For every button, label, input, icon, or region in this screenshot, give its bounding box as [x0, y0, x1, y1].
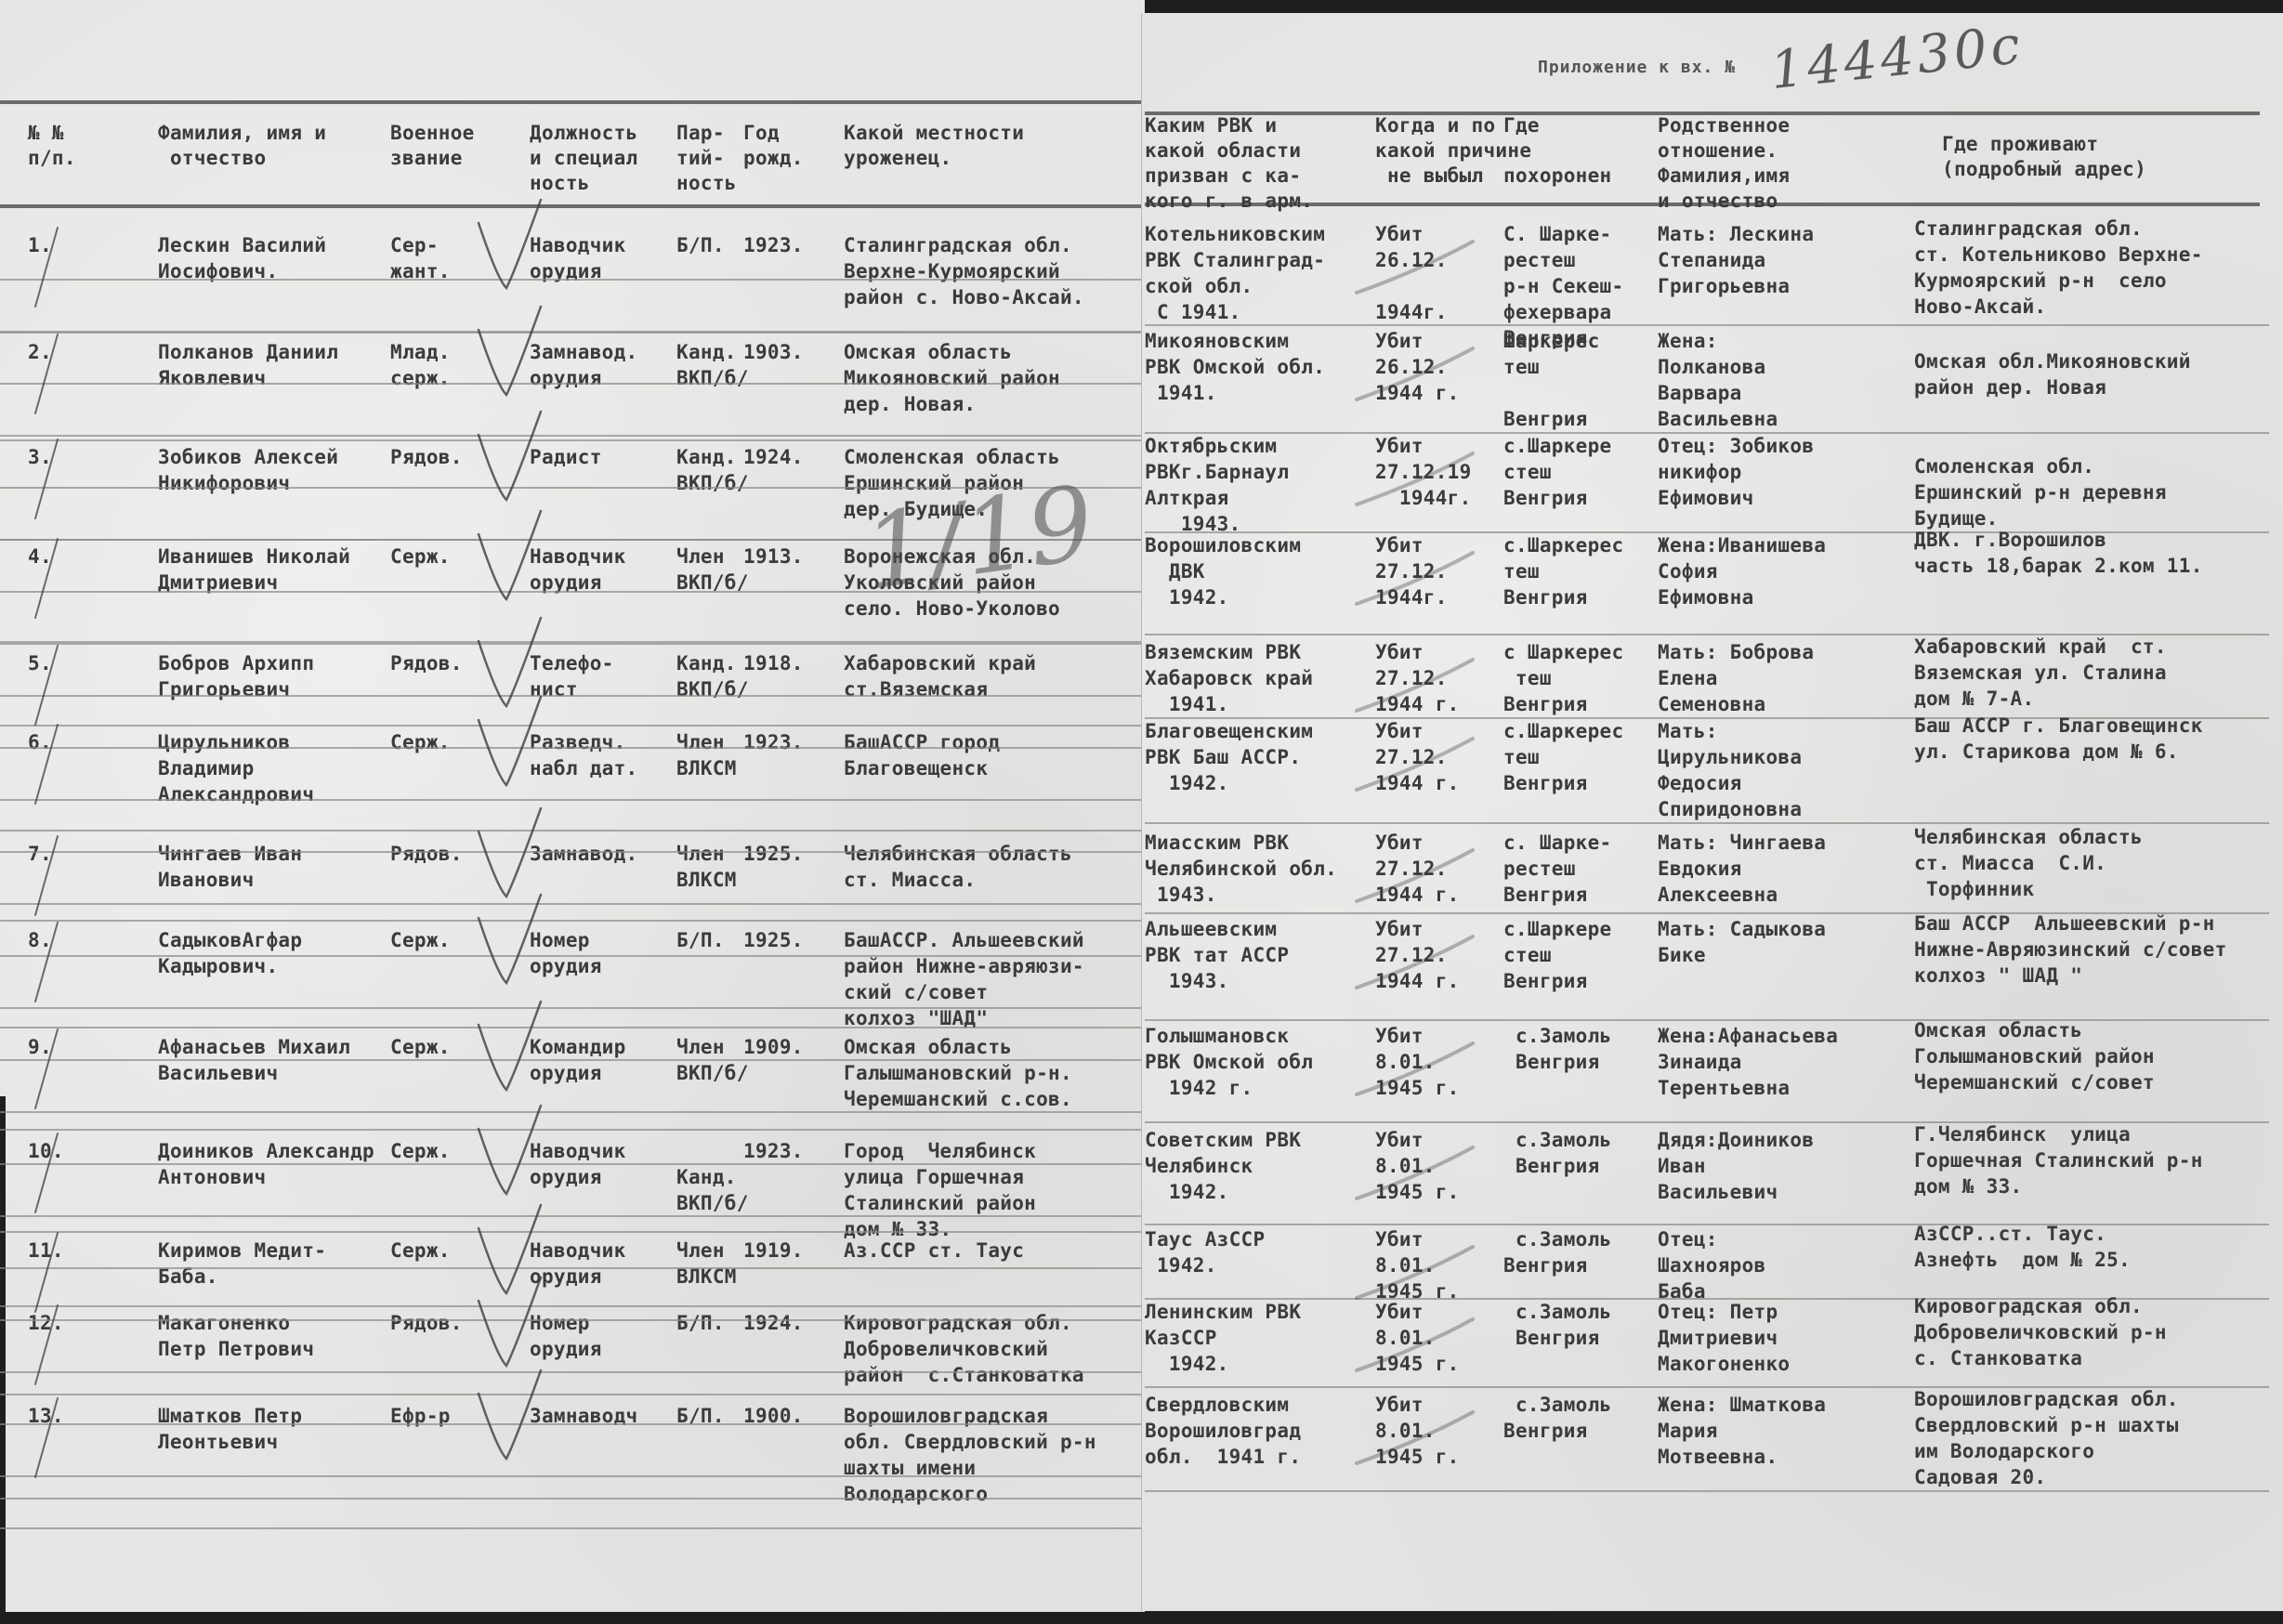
cell-party: Член ВЛКСМ — [676, 841, 737, 893]
cell-when: Убит 8.01. 1945 г. — [1375, 1392, 1460, 1470]
cell-when: Убит 27.12. 1944г. — [1375, 532, 1448, 610]
cell-position: Наводчик орудия — [530, 1238, 626, 1290]
cell-when: Убит 27.12. 1944 г. — [1375, 718, 1460, 796]
cell-address: Г.Челябинск улица Горшечная Сталинский р… — [1914, 1121, 2203, 1199]
cell-birthplace: Омская область Галышмановский р-н. Черем… — [844, 1034, 1072, 1112]
column-header: Год рожд. — [743, 121, 804, 171]
cell-rank: Рядов. — [390, 841, 463, 867]
row-number: 10. — [28, 1138, 64, 1164]
cell-year: 1924. — [743, 444, 804, 470]
cell-rank: Серж. — [390, 1034, 451, 1060]
cell-address: Челябинская область ст. Миасса С.И. Торф… — [1914, 824, 2143, 902]
table-rule — [0, 1371, 1141, 1373]
row-number: 5. — [28, 650, 52, 676]
table-rule — [0, 1498, 1141, 1500]
cell-birthplace: Сталинградская обл. Верхне-Курмоярский р… — [844, 232, 1084, 310]
cell-relative: Мать: Чингаева Евдокия Алексеевна — [1658, 830, 1826, 908]
cell-rvk: Таус АзССР 1942. — [1145, 1226, 1265, 1278]
cell-rank: Серж. — [390, 927, 451, 953]
cell-birthplace: Челябинская область ст. Миасса. — [844, 841, 1072, 893]
table-rule — [0, 1059, 1141, 1061]
cell-buried: Шаркерес теш Венгрия — [1503, 328, 1600, 432]
cell-position: Номер орудия — [530, 927, 602, 979]
cell-birthplace: Ворошиловградская обл. Свердловский р-н … — [844, 1403, 1096, 1507]
cell-rank: Рядов. — [390, 1310, 463, 1336]
column-header: Военное звание — [390, 121, 475, 171]
column-header: Где проживают (подробный адрес) — [1942, 132, 2146, 182]
registration-stamp: Приложение к вх. № — [1538, 58, 1736, 77]
cell-buried: с.Замоль Венгрия — [1503, 1023, 1612, 1075]
cell-position: Замнавод. — [530, 841, 638, 867]
row-number: 2. — [28, 339, 52, 365]
cell-buried: с.Замоль Венгрия — [1503, 1299, 1612, 1351]
cell-party: Член ВЛКСМ — [676, 1238, 737, 1290]
row-number: 3. — [28, 444, 52, 470]
table-rule — [0, 1007, 1141, 1009]
cell-party: Б/П. — [676, 232, 725, 258]
cell-party: Член ВКП/б/ — [676, 544, 749, 596]
cell-party: Канд. ВКП/б/ — [676, 1138, 749, 1216]
cell-year: 1925. — [743, 927, 804, 953]
column-header: № № п/п. — [28, 121, 76, 171]
cell-rvk: Миасским РВК Челябинской обл. 1943. — [1145, 830, 1337, 908]
cell-when: Убит 27.12. 1944 г. — [1375, 830, 1460, 908]
cell-relative: Мать: Садыкова Бике — [1658, 916, 1826, 968]
cell-year: 1918. — [743, 650, 804, 676]
cell-relative: Мать: Лескина Степанида Григорьевна — [1658, 221, 1814, 299]
cell-buried: с.Шаркерес теш Венгрия — [1503, 718, 1623, 796]
cell-year: 1923. — [743, 232, 804, 258]
cell-birthplace: Кировоградская обл. Добровеличковский ра… — [844, 1310, 1084, 1388]
cell-relative: Жена: Шматкова Мария Мотвеевна. — [1658, 1392, 1826, 1470]
row-number: 4. — [28, 544, 52, 570]
cell-position: Наводчик орудия — [530, 544, 626, 596]
cell-party: Б/П. — [676, 1310, 725, 1336]
table-rule — [0, 383, 1141, 385]
cell-position: Номер орудия — [530, 1310, 602, 1362]
cell-address: Омская обл.Микояновский район дер. Новая — [1914, 322, 2191, 400]
cell-when: Убит 8.01. 1945 г. — [1375, 1226, 1460, 1304]
cell-buried: с.Шаркере стеш Венгрия — [1503, 433, 1612, 511]
scan-border-left — [0, 1096, 6, 1624]
table-rule — [0, 439, 1141, 441]
cell-buried: с.Шаркере стеш Венгрия — [1503, 916, 1612, 994]
cell-when: Убит 8.01. 1945 г. — [1375, 1127, 1460, 1205]
cell-relative: Отец: Петр Дмитриевич Макогоненко — [1658, 1299, 1790, 1377]
table-rule — [0, 1319, 1141, 1321]
cell-buried: с.Замоль Венгрия — [1503, 1226, 1612, 1278]
cell-when: Убит 8.01. 1945 г. — [1375, 1023, 1460, 1101]
scan-border-top — [1141, 0, 2283, 13]
column-header: Должность и специал ность — [530, 121, 638, 196]
cell-relative: Жена:Иванишева София Ефимовна — [1658, 532, 1826, 610]
cell-address: Омская область Голышмановский район Чере… — [1914, 1017, 2155, 1095]
table-rule — [0, 1129, 1141, 1131]
table-rule — [0, 747, 1141, 749]
cell-when: Убит 8.01. 1945 г. — [1375, 1299, 1460, 1377]
cell-rank: Серж. — [390, 544, 451, 570]
cell-year: 1903. — [743, 339, 804, 365]
column-header: Где похоронен — [1503, 113, 1612, 189]
cell-buried: с. Шарке- рестеш Венгрия — [1503, 830, 1612, 908]
table-rule — [0, 851, 1141, 853]
cell-birthplace: БашАССР город Благовещенск — [844, 729, 1000, 781]
cell-birthplace: Омская область Микояновский район дер. Н… — [844, 339, 1060, 417]
table-rule — [0, 435, 1141, 437]
cell-relative: Отец: Шахнояров Баба — [1658, 1226, 1766, 1304]
cell-when: Убит 26.12. 1944г. — [1375, 221, 1448, 325]
cell-rvk: Микояновским РВК Омской обл. 1941. — [1145, 328, 1325, 406]
table-rule — [0, 830, 1141, 832]
column-header: Пар- тий- ность — [676, 121, 737, 196]
table-rule — [0, 1027, 1141, 1028]
table-rule — [0, 1305, 1141, 1307]
table-rule — [0, 643, 1141, 645]
cell-birthplace: Город Челябинск улица Горшечная Сталинск… — [844, 1138, 1036, 1242]
row-number: 9. — [28, 1034, 52, 1060]
cell-birthplace: БашАССР. Альшеевский район Нижне-авряюзи… — [844, 927, 1084, 1031]
cell-rvk: Голышмановск РВК Омской обл 1942 г. — [1145, 1023, 1313, 1101]
cell-name: Лескин Василий Иосифович. — [158, 232, 326, 284]
cell-rank: Серж. — [390, 1238, 451, 1264]
table-rule — [0, 204, 1141, 208]
row-number: 8. — [28, 927, 52, 953]
cell-party: Б/П. — [676, 927, 725, 953]
row-number: 6. — [28, 729, 52, 755]
cell-relative: Дядя:Доиников Иван Васильевич — [1658, 1127, 1814, 1205]
cell-name: Иванишев Николай Дмитриевич — [158, 544, 350, 596]
table-rule — [0, 799, 1141, 801]
cell-buried: с.Шаркерес теш Венгрия — [1503, 532, 1623, 610]
cell-rvk: Свердловским Ворошиловград обл. 1941 г. — [1145, 1392, 1301, 1470]
cell-name: Чингаев Иван Иванович — [158, 841, 302, 893]
cell-address: Кировоградская обл. Добровеличковский р-… — [1914, 1293, 2167, 1371]
cell-when: Убит 27.12. 1944 г. — [1375, 639, 1460, 717]
cell-rvk: Ворошиловским ДВК 1942. — [1145, 532, 1301, 610]
table-rule — [0, 903, 1141, 905]
cell-rvk: Благовещенским РВК Баш АССР. 1942. — [1145, 718, 1313, 796]
table-rule — [0, 1394, 1141, 1395]
row-number: 1. — [28, 232, 52, 258]
cell-address: Смоленская обл. Ершинский р-н деревня Бу… — [1914, 427, 2167, 531]
row-number: 11. — [28, 1238, 64, 1264]
cell-relative: Отец: Зобиков никифор Ефимович — [1658, 433, 1814, 511]
cell-buried: с.Замоль Венгрия — [1503, 1392, 1612, 1444]
column-header: Каким РВК и какой области призван с ка- … — [1145, 113, 1313, 214]
cell-position: Разведч. набл дат. — [530, 729, 638, 781]
cell-rvk: Советским РВК Челябинск 1942. — [1145, 1127, 1301, 1205]
cell-name: Цирульников Владимир Александрович — [158, 729, 314, 807]
cell-address: Сталинградская обл. ст. Котельниково Вер… — [1914, 216, 2203, 320]
table-rule — [0, 955, 1141, 957]
cell-birthplace: Аз.ССР ст. Таус — [844, 1238, 1024, 1264]
cell-rvk: Ленинским РВК КазССР 1942. — [1145, 1299, 1301, 1377]
table-rule — [0, 1423, 1141, 1425]
column-header: Фамилия, имя и отчество — [158, 121, 326, 171]
table-rule — [0, 1163, 1141, 1165]
cell-year: 1923. — [743, 729, 804, 755]
cell-rvk: Октябрьским РВКг.Барнаул Алткрая 1943. — [1145, 433, 1289, 537]
table-rule — [1145, 1490, 2269, 1492]
cell-year: 1923. — [743, 1138, 804, 1164]
cell-buried: с Шаркерес теш Венгрия — [1503, 639, 1623, 717]
table-rule — [0, 1231, 1141, 1233]
table-rule — [0, 920, 1141, 922]
cell-address: Хабаровский край ст. Вяземская ул. Стали… — [1914, 634, 2167, 712]
cell-name: Шматков Петр Леонтьевич — [158, 1403, 302, 1455]
cell-rank: Серж. — [390, 729, 451, 755]
table-rule — [0, 331, 1141, 333]
cell-year: 1913. — [743, 544, 804, 570]
cell-position: Радист — [530, 444, 602, 470]
cell-name: Киримов Медит- Баба. — [158, 1238, 326, 1290]
cell-address: АзССР..ст. Таус. Азнефть дом № 25. — [1914, 1221, 2131, 1273]
table-rule — [0, 279, 1141, 281]
scan-border-bottom — [0, 1612, 2283, 1624]
cell-rank: Рядов. — [390, 650, 463, 676]
row-number: 12. — [28, 1310, 64, 1336]
cell-relative: Мать: Боброва Елена Семеновна — [1658, 639, 1814, 717]
cell-name: СадыковАгфар Кадырович. — [158, 927, 302, 979]
cell-rank: Рядов. — [390, 444, 463, 470]
table-rule — [0, 1527, 1141, 1529]
cell-rvk: Альшеевским РВК тат АССР 1943. — [1145, 916, 1289, 994]
cell-when: Убит 26.12. 1944 г. — [1375, 328, 1460, 406]
cell-address: Баш АССР г. Благовещинск ул. Старикова д… — [1914, 713, 2203, 765]
row-number: 7. — [28, 841, 52, 867]
cell-buried: с.Замоль Венгрия — [1503, 1127, 1612, 1179]
cell-address: Баш АССР Альшеевский р-н Нижне-Авряюзинс… — [1914, 910, 2227, 989]
cell-position: Наводчик орудия — [530, 232, 626, 284]
table-rule — [0, 1267, 1141, 1269]
cell-year: 1909. — [743, 1034, 804, 1060]
cell-year: 1919. — [743, 1238, 804, 1264]
cell-rank: Серж. — [390, 1138, 451, 1164]
table-rule — [0, 695, 1141, 697]
table-rule — [0, 1111, 1141, 1113]
cell-relative: Жена: Полканова Варвара Васильевна — [1658, 328, 1778, 432]
cell-name: Макагоненко Петр Петрович — [158, 1310, 314, 1362]
cell-rvk: Вяземским РВК Хабаровск край 1941. — [1145, 639, 1313, 717]
cell-address: ДВК. г.Ворошилов часть 18,барак 2.ком 11… — [1914, 527, 2203, 579]
cell-when: Убит 27.12. 1944 г. — [1375, 916, 1460, 994]
table-rule — [0, 1475, 1141, 1477]
table-rule — [0, 725, 1141, 727]
cell-relative: Жена:Афанасьева Зинаида Терентьевна — [1658, 1023, 1838, 1101]
column-header: Какой местности уроженец. — [844, 121, 1024, 171]
cell-year: 1924. — [743, 1310, 804, 1336]
table-rule — [0, 100, 1141, 104]
table-rule — [0, 1215, 1141, 1217]
cell-party: Член ВЛКСМ — [676, 729, 737, 781]
cell-rvk: Котельниковским РВК Сталинград- ской обл… — [1145, 221, 1325, 325]
cell-rank: Сер- жант. — [390, 232, 451, 284]
column-header: Родственное отношение. Фамилия,имя и отч… — [1658, 113, 1790, 214]
cell-when: Убит 27.12.19 1944г. — [1375, 433, 1472, 511]
cell-relative: Мать: Цирульникова Федосия Спиридоновна — [1658, 718, 1802, 822]
cell-address: Ворошиловградская обл. Свердловский р-н … — [1914, 1386, 2179, 1490]
cell-year: 1925. — [743, 841, 804, 867]
